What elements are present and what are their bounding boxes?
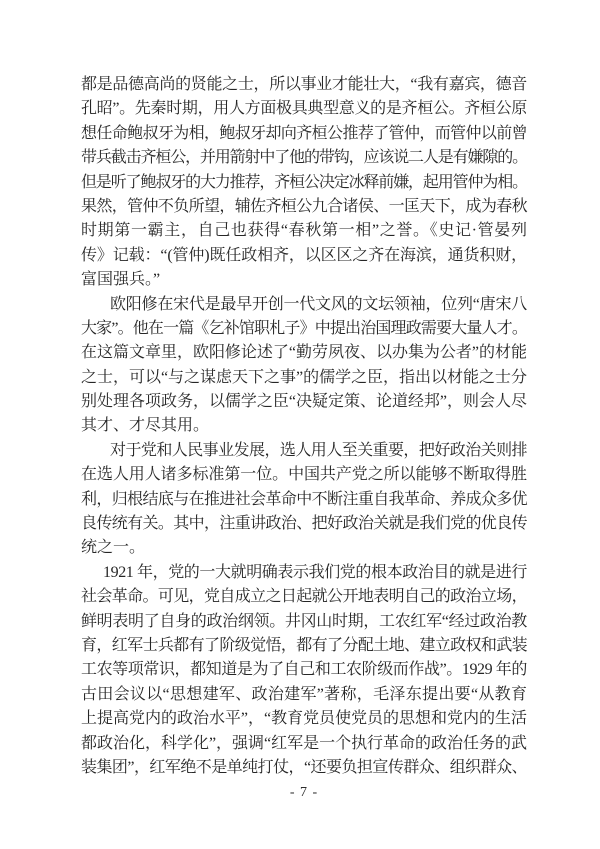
page-number: - 7 -	[81, 781, 527, 805]
text-line-content: 社会革命。可见，党自成立之日起就公开地表明自己的政治立场，	[81, 588, 527, 605]
text-line: 孔昭”。先秦时期，用人方面极具典型意义的是齐桓公。齐桓公原	[81, 97, 527, 121]
document-page: 都是品德高尚的贤能之士，所以事业才能壮大，“我有嘉宾，德音孔昭”。先秦时期，用人…	[0, 0, 600, 849]
text-line-content: 鲜明表明了自身的政治纲领。井冈山时期，工农红军“经过政治教	[81, 613, 527, 630]
text-line: 果然，管仲不负所望，辅佐齐桓公九合诸侯、一匡天下，成为春秋	[81, 195, 527, 219]
text-line-content: 上提高党内的政治水平”，“教育党员使党员的思想和党内的生活	[81, 710, 527, 727]
text-line-content: 想任命鲍叔牙为相，鲍叔牙却向齐桓公推荐了管仲，而管仲以前曾	[81, 125, 527, 142]
text-line-content: 1921 年，党的一大就明确表示我们党的根本政治目的就是进行	[103, 564, 527, 581]
text-line-content: 都是品德高尚的贤能之士，所以事业才能壮大，“我有嘉宾，德音	[81, 76, 527, 93]
text-line: 育，红军士兵都有了阶级觉悟，都有了分配土地、建立政权和武装	[81, 634, 527, 658]
text-line: 都是品德高尚的贤能之士，所以事业才能壮大，“我有嘉宾，德音	[81, 73, 527, 97]
text-body: 都是品德高尚的贤能之士，所以事业才能壮大，“我有嘉宾，德音孔昭”。先秦时期，用人…	[81, 73, 527, 780]
text-line-content: 良传统有关。其中，注重讲政治、把好政治关就是我们党的优良传	[81, 515, 527, 532]
text-line-content: 利，归根结底与在推进社会革命中不断注重自我革命、养成众多优	[81, 491, 527, 508]
text-line-content: 在这篇文章里，欧阳修论述了“勤劳夙夜、以办集为公者”的材能	[81, 344, 527, 361]
text-line: 工农等项常识，都知道是为了自己和工农阶级而作战”。1929 年的	[81, 658, 527, 682]
text-line: 社会革命。可见，党自成立之日起就公开地表明自己的政治立场，	[81, 585, 527, 609]
text-line: 富国强兵。”	[81, 268, 527, 292]
text-line: 欧阳修在宋代是最早开创一代文风的文坛领袖，位列“唐宋八	[81, 293, 527, 317]
text-line: 带兵截击齐桓公，并用箭射中了他的带钩，应该说二人是有嫌隙的。	[81, 146, 527, 170]
text-line: 想任命鲍叔牙为相，鲍叔牙却向齐桓公推荐了管仲，而管仲以前曾	[81, 122, 527, 146]
text-line: 都政治化，科学化”，强调“红军是一个执行革命的政治任务的武	[81, 732, 527, 756]
text-line: 古田会议以“思想建军、政治建军”著称，毛泽东提出要“从教育	[81, 683, 527, 707]
text-line-content: 其才、才尽其用。	[81, 417, 209, 434]
text-line: 上提高党内的政治水平”，“教育党员使党员的思想和党内的生活	[81, 707, 527, 731]
text-line: 统之一。	[81, 536, 527, 560]
text-line: 在这篇文章里，欧阳修论述了“勤劳夙夜、以办集为公者”的材能	[81, 341, 527, 365]
text-line-content: 传》记载：“(管仲)既任政相齐，以区区之齐在海滨，通货积财，	[81, 247, 527, 264]
text-line: 大家”。他在一篇《乞补馆职札子》中提出治国理政需要大量人才。	[81, 317, 527, 341]
text-line: 利，归根结底与在推进社会革命中不断注重自我革命、养成众多优	[81, 488, 527, 512]
text-line-content: 古田会议以“思想建军、政治建军”著称，毛泽东提出要“从教育	[81, 686, 527, 703]
text-line-content: 欧阳修在宋代是最早开创一代文风的文坛领袖，位列“唐宋八	[110, 296, 527, 313]
text-line: 但是听了鲍叔牙的大力推荐，齐桓公决定冰释前嫌，起用管仲为相。	[81, 171, 527, 195]
text-line: 在选人用人诸多标准第一位。中国共产党之所以能够不断取得胜	[81, 463, 527, 487]
text-line-content: 果然，管仲不负所望，辅佐齐桓公九合诸侯、一匡天下，成为春秋	[81, 198, 527, 215]
text-line: 1921 年，党的一大就明确表示我们党的根本政治目的就是进行	[81, 561, 527, 585]
text-line-content: 都政治化，科学化”，强调“红军是一个执行革命的政治任务的武	[81, 735, 527, 752]
text-line: 之士，可以“与之谋虑天下之事”的儒学之臣，指出以材能之士分	[81, 366, 527, 390]
text-line-content: 富国强兵。”	[81, 271, 160, 288]
text-line: 其才、才尽其用。	[81, 414, 527, 438]
text-line-content: 大家”。他在一篇《乞补馆职札子》中提出治国理政需要大量人才。	[81, 320, 527, 337]
text-line: 良传统有关。其中，注重讲政治、把好政治关就是我们党的优良传	[81, 512, 527, 536]
text-line-content: 别处理各项政务，以儒学之臣“决疑定策、论道经邦”，则会人尽	[81, 393, 527, 410]
text-line-content: 在选人用人诸多标准第一位。中国共产党之所以能够不断取得胜	[81, 466, 527, 483]
text-line-content: 带兵截击齐桓公，并用箭射中了他的带钩，应该说二人是有嫌隙的。	[81, 149, 527, 166]
text-line-content: 之士，可以“与之谋虑天下之事”的儒学之臣，指出以材能之士分	[81, 369, 527, 386]
text-line: 对于党和人民事业发展，选人用人至关重要，把好政治关则排	[81, 439, 527, 463]
text-line-content: 对于党和人民事业发展，选人用人至关重要，把好政治关则排	[110, 442, 527, 459]
text-line-content: 工农等项常识，都知道是为了自己和工农阶级而作战”。1929 年的	[81, 661, 527, 678]
text-line-content: 育，红军士兵都有了阶级觉悟，都有了分配土地、建立政权和武装	[81, 637, 527, 654]
text-line-content: 装集团”，红军绝不是单纯打仗，“还要负担宣传群众、组织群众、	[81, 759, 527, 776]
text-line-content: 孔昭”。先秦时期，用人方面极具典型意义的是齐桓公。齐桓公原	[81, 100, 527, 117]
text-line: 时期第一霸主，自己也获得“春秋第一相”之誉。《史记·管晏列	[81, 219, 527, 243]
text-line: 鲜明表明了自身的政治纲领。井冈山时期，工农红军“经过政治教	[81, 610, 527, 634]
text-line: 别处理各项政务，以儒学之臣“决疑定策、论道经邦”，则会人尽	[81, 390, 527, 414]
text-line: 装集团”，红军绝不是单纯打仗，“还要负担宣传群众、组织群众、	[81, 756, 527, 780]
text-line: 传》记载：“(管仲)既任政相齐，以区区之齐在海滨，通货积财，	[81, 244, 527, 268]
text-line-content: 统之一。	[81, 539, 145, 556]
text-line-content: 时期第一霸主，自己也获得“春秋第一相”之誉。《史记·管晏列	[81, 222, 527, 239]
text-line-content: 但是听了鲍叔牙的大力推荐，齐桓公决定冰释前嫌，起用管仲为相。	[81, 174, 527, 191]
